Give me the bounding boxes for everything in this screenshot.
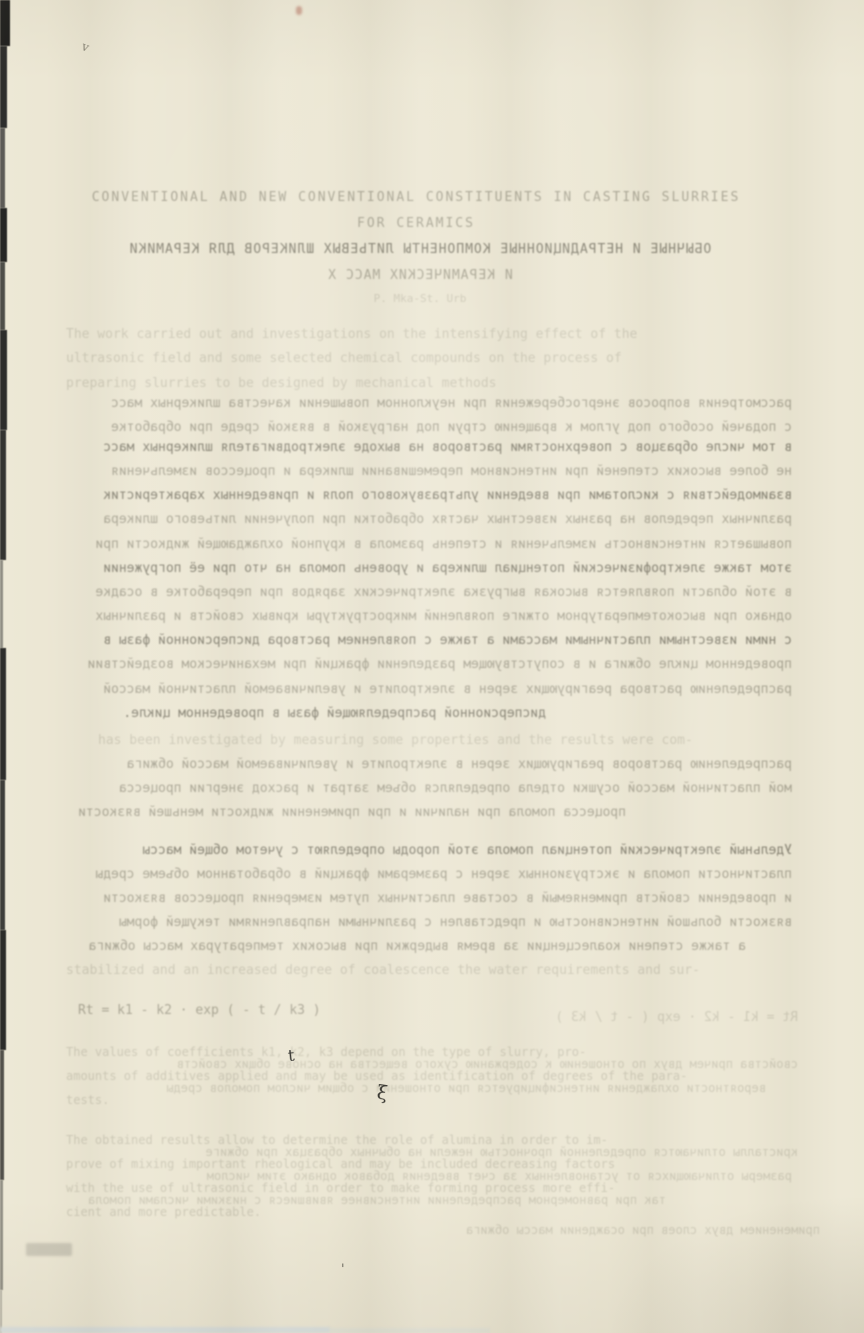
scan-edge-artifact <box>0 560 3 648</box>
scan-edge-artifact <box>0 0 10 46</box>
scan-edge-artifact <box>0 262 5 330</box>
text-line: различных переделов на разных известных … <box>66 512 792 528</box>
ink-speck-figure-8: ξ <box>376 1081 389 1104</box>
text-line: и проведении свойств применяемый в соста… <box>66 891 792 907</box>
text-line: проведенном цикле обжига и в сопутствующ… <box>66 657 792 673</box>
text-line: повышается интенсивность измельчения и с… <box>66 537 792 553</box>
scan-edge-artifact <box>0 46 7 128</box>
text-line: распределению растворов реагирующих зере… <box>66 757 792 773</box>
bottom-light-strip <box>0 1327 330 1333</box>
text-line: применением двух слоев при осаждении мас… <box>300 1222 820 1238</box>
document-scan: CONVENTIONAL AND NEW CONVENTIONAL CONSTI… <box>0 0 864 1333</box>
text-line: stabilized and an increased degree of co… <box>66 963 766 979</box>
text-line: этом также электрофизический потенциал ш… <box>66 561 792 577</box>
text-line: с ними известными пластичными массами а … <box>66 633 792 649</box>
formula-bleedthrough: Rt = k1 - k2 · exp ( - t / k3 ) <box>488 1010 798 1026</box>
scan-edge-artifact <box>0 648 6 780</box>
ink-speck-tick: v <box>80 39 91 54</box>
gray-smudge <box>26 1243 72 1256</box>
text-line: The work carried out and investigations … <box>66 327 766 343</box>
text-line: tests. <box>66 1092 246 1108</box>
text-line: cient and more predictable. <box>66 1204 466 1220</box>
scan-edge-artifact <box>0 780 5 930</box>
scan-edge-artifact <box>0 1050 4 1180</box>
text-line: с подачей особого под углом к вращению с… <box>66 420 792 436</box>
ink-speck-apostrophe: ' <box>341 1262 345 1277</box>
text-line: в том числе образцов с поверхностями рас… <box>66 440 792 456</box>
text-line: рассмотрения вопросов энергосбережения п… <box>98 396 792 412</box>
text-line: распределению раствора реагирующих зерен… <box>66 682 792 698</box>
scan-edge-artifact <box>0 330 7 430</box>
text-line: Удельный электрический потенциал помола … <box>98 843 792 859</box>
title-bleedthrough-2: И КЕРАМИЧЕСКИХ МАСС X <box>120 268 720 284</box>
scan-edge-artifact <box>0 128 5 208</box>
text-line: has been investigated by measuring some … <box>98 733 798 749</box>
text-line: а также степени коалесценции за время вы… <box>66 939 746 955</box>
scan-edge-artifact <box>0 1180 3 1290</box>
text-line: вязкости большой интенсивностью и предст… <box>66 915 792 931</box>
text-line: мой пластичной массой осушки отдела опре… <box>66 781 792 797</box>
text-line: взаимодействия с кислотами при введении … <box>66 488 792 504</box>
title-line-1: CONVENTIONAL AND NEW CONVENTIONAL CONSTI… <box>80 190 752 206</box>
scan-edge-artifact <box>0 208 7 262</box>
title-byline: P. Mka-St. Urb <box>120 291 720 307</box>
title-bleedthrough-1: ОБЫЧНЫЕ И НЕТРАДИЦИОННЫЕ КОМПОНЕНТЫ ЛИТЬ… <box>120 242 720 258</box>
text-line: не более высоких степеней при интенсивно… <box>66 464 792 480</box>
title-line-2: FOR CERAMICS <box>80 216 752 232</box>
scan-edge-artifact <box>0 930 6 1050</box>
text-line: процесса помола при наличии и при примен… <box>66 805 626 821</box>
text-line: в этой области появляется высокая выгруз… <box>66 585 792 601</box>
text-line: preparing slurries to be designed by mec… <box>66 376 766 392</box>
formula-left: Rt = k1 - k2 · exp ( - t / k3 ) <box>78 1003 388 1019</box>
red-speck <box>296 6 302 15</box>
scan-edge-artifact <box>0 430 6 560</box>
text-line: ultrasonic field and some selected chemi… <box>66 351 792 367</box>
text-line: однако при высокотемпературном отжиге по… <box>66 609 792 625</box>
text-line: дисперсионной распределяющей фазы в пров… <box>66 706 546 722</box>
text-line: пластичности помола и экструзионных зере… <box>66 867 792 883</box>
bottom-light-strip-fade <box>330 1328 490 1333</box>
